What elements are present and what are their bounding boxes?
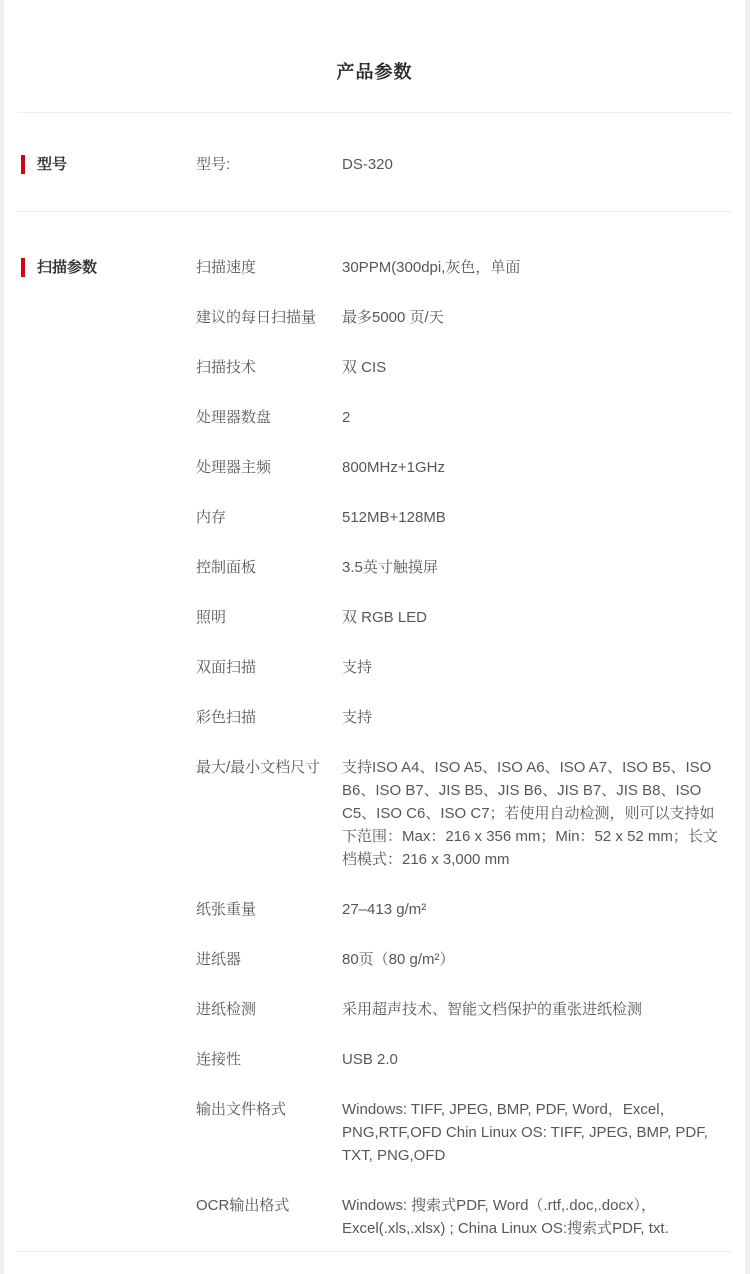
spec-value: 80页（80 g/m²） [342, 948, 723, 971]
spec-row-control-panel: 控制面板 3.5英寸触摸屏 [196, 556, 731, 579]
spec-label: OCR输出格式 [196, 1194, 342, 1217]
spec-row-model: 型号: DS-320 [196, 153, 731, 176]
spec-row-duplex-scan: 双面扫描 支持 [196, 656, 731, 679]
section-scan-params-rows: 扫描速度 30PPM(300dpi,灰色，单面 建议的每日扫描量 最多5000 … [196, 256, 731, 1240]
spec-value: 支持 [342, 706, 723, 729]
spec-row-color-scan: 彩色扫描 支持 [196, 706, 731, 729]
spec-value: 支持 [342, 656, 723, 679]
spec-row-ocr-formats: OCR输出格式 Windows: 搜索式PDF, Word（.rtf,.doc,… [196, 1194, 731, 1240]
product-spec-page: 产品参数 型号 型号: DS-320 扫描参数 扫描速度 30PP [0, 0, 750, 1274]
spec-row-memory: 内存 512MB+128MB [196, 506, 731, 529]
spec-row-paper-weight: 纸张重量 27–413 g/m² [196, 898, 731, 921]
spec-value: DS-320 [342, 153, 723, 176]
spec-row-scan-tech: 扫描技术 双 CIS [196, 356, 731, 379]
spec-value: 双 RGB LED [342, 606, 723, 629]
page-title: 产品参数 [18, 0, 731, 113]
section-model-header: 型号 [21, 153, 196, 176]
spec-label: 型号: [196, 153, 342, 176]
spec-label: 内存 [196, 506, 342, 529]
spec-row-doc-size: 最大/最小文档尺寸 支持ISO A4、ISO A5、ISO A6、ISO A7、… [196, 756, 731, 871]
spec-row-processor-count: 处理器数盘 2 [196, 406, 731, 429]
spec-row-illumination: 照明 双 RGB LED [196, 606, 731, 629]
spec-label: 连接性 [196, 1048, 342, 1071]
spec-row-scan-speed: 扫描速度 30PPM(300dpi,灰色，单面 [196, 256, 731, 279]
section-model: 型号 型号: DS-320 [18, 113, 731, 212]
spec-value: Windows: TIFF, JPEG, BMP, PDF, Word，Exce… [342, 1098, 723, 1167]
spec-label: 建议的每日扫描量 [196, 306, 342, 329]
spec-label: 处理器主频 [196, 456, 342, 479]
spec-value: 30PPM(300dpi,灰色，单面 [342, 256, 723, 279]
section-model-title: 型号 [37, 153, 67, 176]
spec-label: 进纸器 [196, 948, 342, 971]
spec-label: 扫描速度 [196, 256, 342, 279]
spec-row-feeder: 进纸器 80页（80 g/m²） [196, 948, 731, 971]
spec-row-processor-freq: 处理器主频 800MHz+1GHz [196, 456, 731, 479]
spec-value: 双 CIS [342, 356, 723, 379]
spec-value: 3.5英寸触摸屏 [342, 556, 723, 579]
spec-value: 27–413 g/m² [342, 898, 723, 921]
content-area: 产品参数 型号 型号: DS-320 扫描参数 扫描速度 30PP [4, 0, 745, 1252]
spec-label: 最大/最小文档尺寸 [196, 756, 342, 779]
spec-label: 控制面板 [196, 556, 342, 579]
spec-value: Windows: 搜索式PDF, Word（.rtf,.doc,.docx），E… [342, 1194, 723, 1240]
spec-row-feed-detection: 进纸检测 采用超声技术、智能文档保护的重张进纸检测 [196, 998, 731, 1021]
spec-label: 照明 [196, 606, 342, 629]
spec-value: 最多5000 页/天 [342, 306, 723, 329]
spec-label: 输出文件格式 [196, 1098, 342, 1121]
spec-label: 扫描技术 [196, 356, 342, 379]
section-marker-icon [21, 155, 25, 174]
spec-value: 采用超声技术、智能文档保护的重张进纸检测 [342, 998, 723, 1021]
section-scan-params-header: 扫描参数 [21, 256, 196, 279]
spec-value: 支持ISO A4、ISO A5、ISO A6、ISO A7、ISO B5、ISO… [342, 756, 723, 871]
spec-label: 彩色扫描 [196, 706, 342, 729]
section-marker-icon [21, 258, 25, 277]
spec-label: 处理器数盘 [196, 406, 342, 429]
spec-row-daily-volume: 建议的每日扫描量 最多5000 页/天 [196, 306, 731, 329]
spec-row-output-formats: 输出文件格式 Windows: TIFF, JPEG, BMP, PDF, Wo… [196, 1098, 731, 1167]
section-scan-params: 扫描参数 扫描速度 30PPM(300dpi,灰色，单面 建议的每日扫描量 最多… [18, 212, 731, 1252]
section-scan-params-title: 扫描参数 [37, 256, 97, 279]
spec-value: USB 2.0 [342, 1048, 723, 1071]
spec-row-connectivity: 连接性 USB 2.0 [196, 1048, 731, 1071]
section-model-rows: 型号: DS-320 [196, 153, 731, 176]
spec-value: 512MB+128MB [342, 506, 723, 529]
spec-label: 双面扫描 [196, 656, 342, 679]
spec-value: 800MHz+1GHz [342, 456, 723, 479]
spec-label: 纸张重量 [196, 898, 342, 921]
spec-label: 进纸检测 [196, 998, 342, 1021]
spec-value: 2 [342, 406, 723, 429]
